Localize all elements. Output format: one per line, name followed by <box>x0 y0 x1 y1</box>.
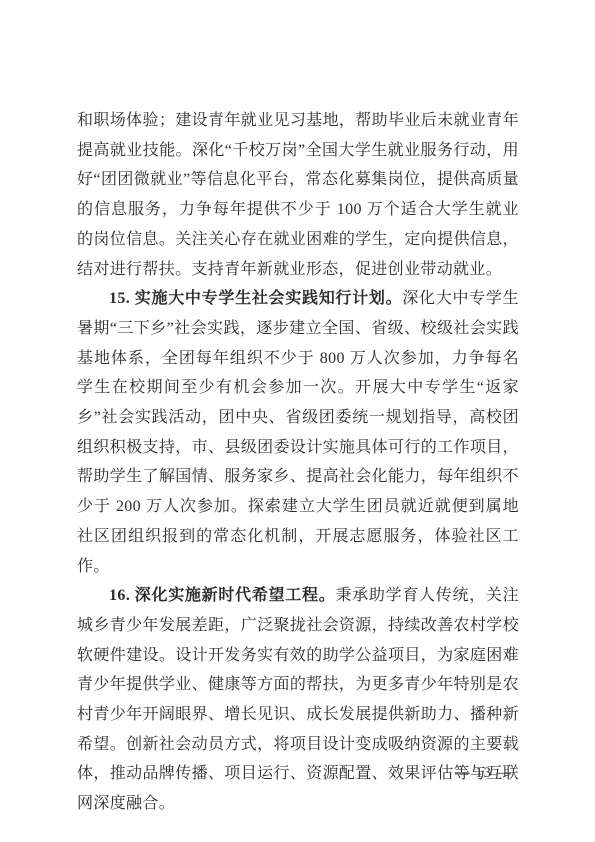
paragraph-item-15: 15. 实施大中专学生社会实践知行计划。深化大中专学生暑期“三下乡”社会实践，逐… <box>77 284 519 581</box>
paragraph-continuation: 和职场体验；建设青年就业见习基地，帮助毕业后未就业青年提高就业技能。深化“千校万… <box>77 106 519 284</box>
paragraph-text: 秉承助学育人传统，关注城乡青少年发展差距，广泛聚拢社会资源，持续改善农村学校软硬… <box>77 587 519 812</box>
page-number: — 13 — <box>455 765 512 782</box>
paragraph-text: 深化大中专学生暑期“三下乡”社会实践，逐步建立全国、省级、校级社会实践基地体系，… <box>77 290 519 574</box>
paragraph-lead: 16. 深化实施新时代希望工程。 <box>109 587 335 604</box>
paragraph-text: 和职场体验；建设青年就业见习基地，帮助毕业后未就业青年提高就业技能。深化“千校万… <box>77 112 519 278</box>
paragraph-item-16: 16. 深化实施新时代希望工程。秉承助学育人传统，关注城乡青少年发展差距，广泛聚… <box>77 581 519 819</box>
document-body: 和职场体验；建设青年就业见习基地，帮助毕业后未就业青年提高就业技能。深化“千校万… <box>77 106 519 819</box>
paragraph-lead: 15. 实施大中专学生社会实践知行计划。 <box>109 290 402 307</box>
document-page: 和职场体验；建设青年就业见习基地，帮助毕业后未就业青年提高就业技能。深化“千校万… <box>0 0 595 842</box>
